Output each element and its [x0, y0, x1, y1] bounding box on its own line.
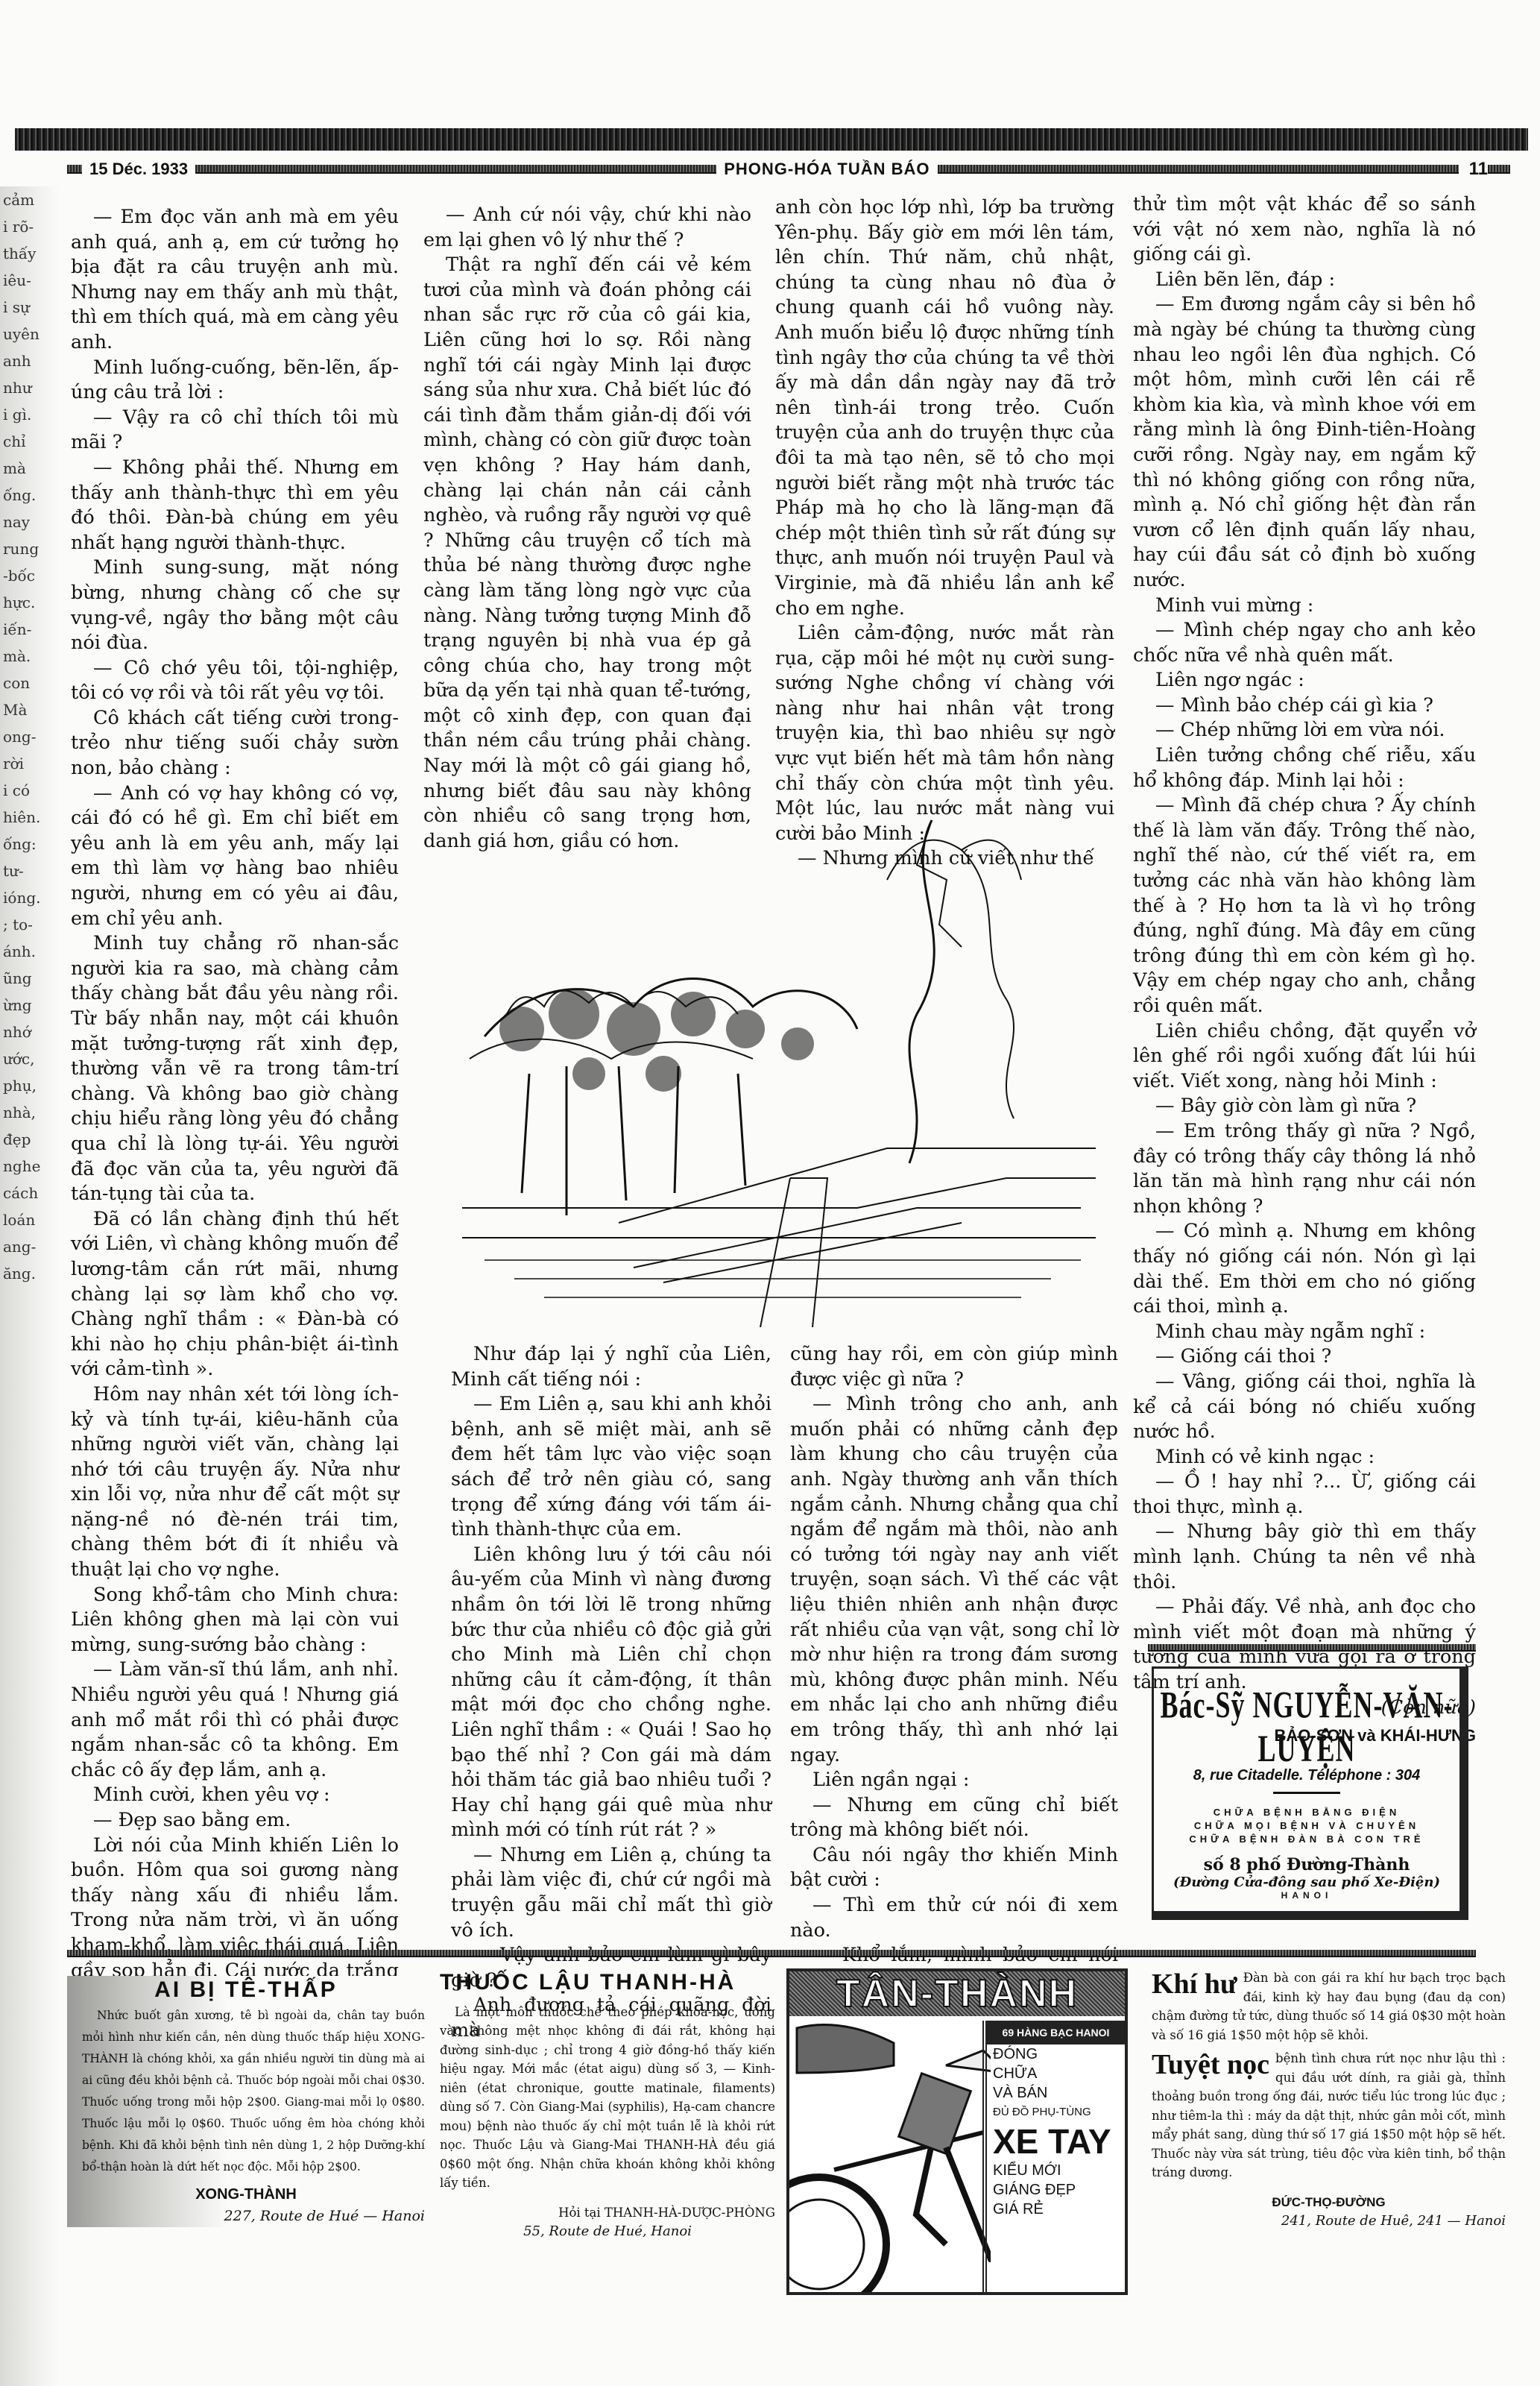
story-paragraph: — Em Liên ạ, sau khi anh khỏi bệnh, anh … [451, 1392, 771, 1543]
ad-doctor-city: HANOI [1154, 1890, 1459, 1901]
ad-tan-thanh: TÂN-THÀNH 69 HÀNG BẠC HANOI ĐÓNG CHỮA VÀ… [786, 1968, 1128, 2295]
publication-title: PHONG-HÓA TUẦN BÁO [724, 160, 930, 179]
story-paragraph: — Thì em thử cứ nói đi xem nào. [790, 1893, 1118, 1943]
story-paragraph: — Mình chép ngay cho anh kẻo chốc nữa về… [1133, 618, 1476, 668]
left-edge-fragment: nay [0, 509, 60, 535]
story-paragraph: — Nhưng bây giờ thì em thấy mình lạnh. C… [1133, 1520, 1476, 1595]
lakeside-illustration [440, 790, 1111, 1327]
story-paragraph: — Mình trông cho anh, anh muốn phải có n… [790, 1392, 1118, 1768]
ad-tan-thanh-panel: 69 HÀNG BẠC HANOI ĐÓNG CHỮA VÀ BÁN ĐỦ ĐỒ… [982, 2021, 1125, 2292]
story-paragraph: — Anh cứ nói vậy, chứ khi nào em lại ghe… [423, 203, 751, 253]
left-edge-fragment: như [0, 374, 60, 401]
ad-xong-location: 227, Route de Hué — Hanoi [67, 2206, 425, 2227]
left-edge-fragment: ống. [0, 482, 60, 509]
ad-xong-headline: AI BỊ TÊ-THẤP [67, 1979, 425, 2001]
ad-thanh-ha-location: 55, Route de Hué, Hanoi [440, 2222, 775, 2241]
story-paragraph: Liên ngơ ngác : [1133, 668, 1476, 693]
story-paragraph: Liên bẽn lẽn, đáp : [1133, 268, 1476, 293]
story-paragraph: thử tìm một vật khác để so sánh với vật … [1133, 192, 1476, 268]
ad-tan-thanh-tail: KIỂU MỚI [987, 2161, 1125, 2180]
story-paragraph: — Em trông thấy gì nữa ? Ngồ, đây có trô… [1133, 1119, 1476, 1219]
ad-tan-thanh-big: XE TAY [987, 2122, 1125, 2161]
ad-tan-thanh-line: ĐỦ ĐỒ PHỤ-TÙNG [987, 2103, 1125, 2122]
ad-tan-thanh-line: ĐÓNG [987, 2045, 1125, 2064]
ad-thanh-ha-contact: Hỏi tại THANH-HÀ-DƯỢC-PHÒNG [440, 2203, 775, 2223]
story-column-3: anh còn học lớp nhì, lớp ba trường Yên-p… [775, 195, 1114, 872]
story-paragraph: Song khổ-tâm cho Minh chưa: Liên không g… [71, 1583, 399, 1658]
ad-doctor-title: Bác-Sỹ NGUYỄN-VĂN-LUYỆN [1154, 1683, 1459, 1771]
masthead-rule [67, 165, 82, 174]
left-edge-fragment: i có [0, 777, 60, 804]
left-edge-fragment: ước, [0, 1045, 60, 1072]
rickshaw-puller-icon [789, 2021, 991, 2295]
story-paragraph: — Có mình ạ. Nhưng em không thấy nó giốn… [1133, 1219, 1476, 1319]
left-edge-fragment: phụ, [0, 1072, 60, 1099]
story-column-4-body: thử tìm một vật khác để so sánh với vật … [1133, 192, 1476, 1696]
ad-xong-signature: XONG-THÀNH [67, 2184, 425, 2206]
left-edge-fragment: ừng [0, 992, 60, 1019]
story-paragraph: Minh cười, khen yêu vợ : [71, 1783, 399, 1808]
ad-doctor-service: CHỮA MỌI BỆNH VÀ CHUYÊN [1154, 1819, 1459, 1833]
story-paragraph: Như đáp lại ý nghĩ của Liên, Minh cất ti… [451, 1342, 771, 1392]
left-edge-fragment: ũng [0, 965, 60, 992]
left-edge-fragment: ong- [0, 723, 60, 750]
left-edge-fragment: loán [0, 1206, 60, 1233]
ad-duc-location: 241, Route de Huê, 241 — Hanoi [1152, 2212, 1506, 2231]
left-edge-fragment: uyên [0, 321, 60, 347]
left-edge-fragment: i sự [0, 294, 60, 321]
ad-thanh-ha-headline: THUỐC LẬU THANH-HÀ [440, 1973, 775, 1992]
ad-doctor-service: CHỮA BỆNH BẰNG ĐIỆN [1154, 1806, 1459, 1819]
story-column-1: — Em đọc văn anh mà em yêu anh quá, anh … [71, 205, 399, 2184]
story-paragraph: Câu nói ngây thơ khiến Minh bật cười : [790, 1843, 1118, 1893]
story-column-2-lower: Như đáp lại ý nghĩ của Liên, Minh cất ti… [451, 1342, 771, 2044]
left-edge-fragment: nhớ [0, 1019, 60, 1045]
left-edge-fragment: ánh. [0, 938, 60, 965]
story-paragraph: Minh luống-cuống, bẽn-lẽn, ấp-úng câu tr… [71, 356, 399, 406]
left-edge-fragment: i rõ- [0, 213, 60, 240]
story-paragraph: cũng hay rồi, em còn giúp mình được việc… [790, 1342, 1118, 1392]
masthead-rule [938, 165, 1459, 174]
story-paragraph: anh còn học lớp nhì, lớp ba trường Yên-p… [775, 195, 1114, 621]
story-paragraph: Minh chau mày ngẫm nghĩ : [1133, 1320, 1476, 1345]
ad-doctor-nguyen-van-luyen: Bác-Sỹ NGUYỄN-VĂN-LUYỆN 8, rue Citadelle… [1152, 1666, 1468, 1920]
ad-tan-thanh-tail: GIÁ RẺ [987, 2200, 1125, 2219]
story-paragraph: — Em đương ngắm cây si bên hồ mà ngày bé… [1133, 292, 1476, 593]
story-paragraph: — Mình đã chép chưa ? Ấy chính thế là là… [1133, 793, 1476, 1019]
ad-tan-thanh-address: 69 HÀNG BẠC HANOI [987, 2021, 1125, 2045]
story-paragraph: Thật ra nghĩ đến cái vẻ kém tươi của mìn… [423, 253, 751, 854]
ad-duc-head-tuyet-noc: Tuyệt nọc [1152, 2049, 1269, 2080]
ad-duc-head-khi-hu: Khí hư [1152, 1968, 1237, 2000]
story-column-2: — Anh cứ nói vậy, chứ khi nào em lại ghe… [423, 203, 751, 854]
ads-top-divider [67, 1950, 1476, 1957]
story-paragraph: — Bây giờ còn làm gì nữa ? [1133, 1094, 1476, 1119]
masthead-rule [195, 165, 716, 174]
story-paragraph: — Anh có vợ hay không có vợ, cái đó có h… [71, 781, 399, 932]
left-edge-fragment: Mà [0, 696, 60, 723]
ad-doctor-street-note: (Đường Cửa-đông sau phố Xe-Điện) [1154, 1875, 1459, 1890]
story-paragraph: Minh có vẻ kinh ngạc : [1133, 1445, 1476, 1470]
left-edge-fragment: cảm [0, 186, 60, 213]
left-edge-fragment: ang- [0, 1233, 60, 1260]
ad-duc-tho-duong: Khí hư Đàn bà con gái ra khí hư bạch trọ… [1152, 1968, 1506, 2231]
story-paragraph: Liên tưởng chồng chế riễu, xấu hổ không … [1133, 743, 1476, 793]
story-column-3-lower: cũng hay rồi, em còn giúp mình được việc… [790, 1342, 1118, 2068]
story-paragraph: — Nhưng em cũng chỉ biết trông mà không … [790, 1793, 1118, 1843]
story-column-4: thử tìm một vật khác để so sánh với vật … [1133, 192, 1476, 1748]
left-edge-fragment: hực. [0, 589, 60, 616]
story-paragraph: — Giống cái thoi ? [1133, 1344, 1476, 1370]
left-edge-fragment: ; to- [0, 911, 60, 938]
scan-top-bar [15, 128, 1528, 151]
story-paragraph: — Làm văn-sĩ thú lắm, anh nhỉ. Nhiều ngư… [71, 1658, 399, 1783]
story-paragraph: — Vậy ra cô chỉ thích tôi mù mãi ? [71, 406, 399, 456]
ad-tan-thanh-line: CHỮA [987, 2064, 1125, 2083]
story-paragraph: — Nhưng em Liên ạ, chúng ta phải làm việ… [451, 1843, 771, 1943]
story-paragraph: — Không phải thế. Nhưng em thấy anh thàn… [71, 456, 399, 555]
left-edge-fragment: ióng. [0, 884, 60, 911]
story-paragraph: Liên không lưu ý tới câu nói âu-yếm của … [451, 1543, 771, 1843]
left-edge-fragment: thấy [0, 240, 60, 267]
left-edge-fragment: tư- [0, 857, 60, 884]
story-paragraph: — Đẹp sao bằng em. [71, 1808, 399, 1833]
left-edge-fragment: đẹp [0, 1126, 60, 1153]
ad-xong-thanh: AI BỊ TÊ-THẤP Nhức buốt gân xương, tê bì… [67, 1976, 425, 2227]
left-edge-fragment: -bốc [0, 562, 60, 589]
ad-tan-thanh-brand: TÂN-THÀNH [789, 1971, 1125, 2016]
left-edge-fragment: mà. [0, 643, 60, 670]
left-edge-fragment: chỉ [0, 428, 60, 455]
left-edge-fragment: rung [0, 535, 60, 562]
issue-date: 15 Déc. 1933 [89, 160, 188, 179]
masthead-rule [1488, 165, 1510, 174]
story-paragraph: — Ồ ! hay nhỉ ?... Ừ, giống cái thoi thự… [1133, 1470, 1476, 1520]
left-edge-fragment: ăng. [0, 1260, 60, 1287]
story-paragraph: Liên ngần ngại : [790, 1768, 1118, 1793]
left-edge-fragment: hiên. [0, 804, 60, 831]
left-edge-fragment: rời [0, 750, 60, 777]
ad-thanh-ha: THUỐC LẬU THANH-HÀ Là một môn thuốc chế … [440, 1968, 775, 2241]
story-paragraph: — Vâng, giống cái thoi, nghĩa là kể cả c… [1133, 1370, 1476, 1445]
story-paragraph: — Em đọc văn anh mà em yêu anh quá, anh … [71, 205, 399, 356]
left-edge-fragment: iến- [0, 616, 60, 643]
page-number: 11 [1469, 159, 1488, 180]
story-paragraph: Minh sung-sung, mặt nóng bừng, nhưng chà… [71, 555, 399, 655]
left-edge-fragment: con [0, 670, 60, 696]
left-edge-fragment: nhà, [0, 1099, 60, 1126]
left-edge-fragment: nghe [0, 1153, 60, 1180]
story-paragraph: Cô khách cất tiếng cười trong-trẻo như t… [71, 706, 399, 781]
story-paragraph: Đã có lần chàng định thú hết với Liên, v… [71, 1207, 399, 1382]
scan-left-edge: cảmi rõ-thấyiêu-i sựuyênanhnhưi gì.chỉmà… [0, 186, 60, 2386]
left-edge-fragment: mà [0, 455, 60, 482]
ad-tan-thanh-line: VÀ BÁN [987, 2083, 1125, 2103]
story-paragraph: Minh tuy chẳng rõ nhan-sắc người kia ra … [71, 931, 399, 1207]
left-edge-fragment: ống: [0, 831, 60, 857]
ad-doctor-street: số 8 phố Đường-Thành [1154, 1855, 1459, 1875]
masthead: 15 Déc. 1933 PHONG-HÓA TUẦN BÁO 11 [67, 158, 1510, 180]
ad-tan-thanh-tail: GIÁNG ĐẸP [987, 2180, 1125, 2200]
ad-thanh-ha-body: Là một môn thuốc chế theo phép khoa-học,… [440, 2003, 775, 2193]
story-paragraph: Minh vui mừng : [1133, 594, 1476, 619]
story-paragraph: Liên chiều chồng, đặt quyển vở lên ghế r… [1133, 1019, 1476, 1095]
ad-doctor-separator [1273, 1792, 1340, 1794]
ad-divider [1148, 1644, 1476, 1652]
left-edge-fragment: cách [0, 1180, 60, 1206]
tree-lake-drawing-icon [440, 790, 1111, 1327]
story-paragraph: — Cô chớ yêu tôi, tội-nghiệp, tôi có vợ … [71, 656, 399, 706]
left-edge-fragment: iêu- [0, 267, 60, 294]
story-paragraph: — Chép những lời em vừa nói. [1133, 718, 1476, 743]
ad-duc-signature: ĐỨC-THỌ-ĐƯỜNG [1152, 2193, 1506, 2212]
left-edge-fragment: i gì. [0, 401, 60, 428]
ad-xong-body: Nhức buốt gân xương, tê bì ngoài da, châ… [67, 2005, 425, 2178]
ad-doctor-service: CHỮA BỆNH ĐÀN BÀ CON TRẺ [1154, 1833, 1459, 1846]
left-edge-fragment: anh [0, 347, 60, 374]
story-paragraph: Hôm nay nhân xét tới lòng ích-kỷ và tính… [71, 1382, 399, 1583]
story-paragraph: — Mình bảo chép cái gì kia ? [1133, 693, 1476, 719]
